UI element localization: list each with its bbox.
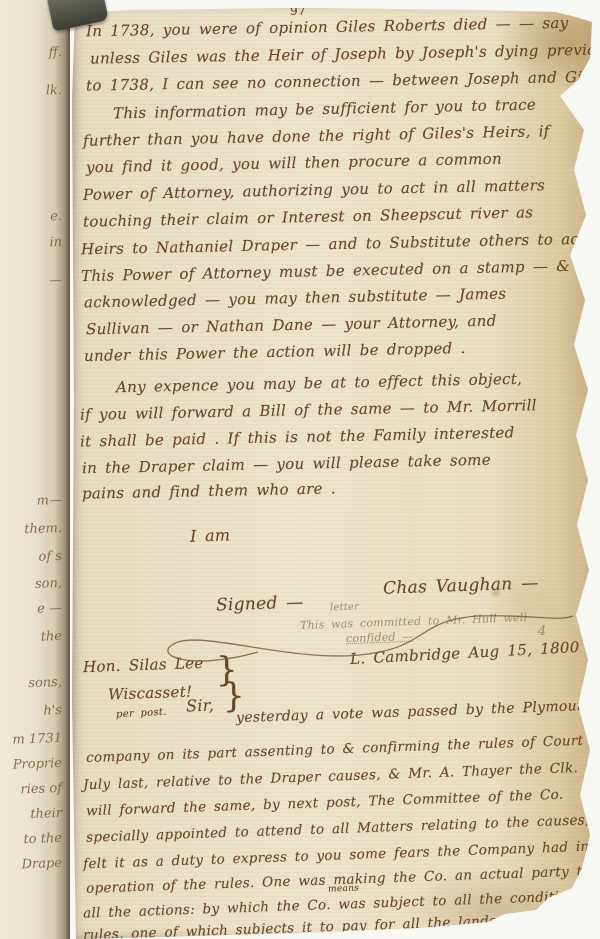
margin-fragment: e — <box>0 601 62 618</box>
pencil-note-line: This was committed to Mr. Hull well <box>300 611 528 632</box>
previous-page-edge: ff. lk. e. in — m— them. of s son, e — t… <box>0 0 70 939</box>
address-via: per post. <box>116 707 167 721</box>
margin-fragment: the <box>0 629 62 646</box>
manuscript-line: pains and find them who are . <box>82 479 336 502</box>
salutation: Sir, <box>186 696 215 716</box>
manuscript-line: Sullivan — or Nathan Dane — your Attorne… <box>86 312 497 339</box>
margin-fragment: m 1731 <box>0 731 62 748</box>
margin-fragment: them. <box>0 521 62 538</box>
margin-fragment: their <box>0 806 62 823</box>
manuscript-line: This Power of Attorney must be executed … <box>81 257 570 285</box>
pencil-note-line: letter <box>330 601 359 613</box>
manuscript-line: in the Draper claim — you will please ta… <box>82 451 491 478</box>
manuscript-line: In 1738, you were of opinion Giles Rober… <box>86 14 569 40</box>
pencil-note-line: confided — <box>346 630 414 645</box>
manuscript-line: under this Power the action will be drop… <box>84 339 466 365</box>
manuscript-line: This information may be sufficient for y… <box>113 96 536 123</box>
pencil-note-mark: 4 <box>538 624 546 639</box>
manuscript-line: to 1738, I can see no connection — betwe… <box>86 67 600 94</box>
address-name: Hon. Silas Lee <box>83 654 204 676</box>
address-place: Wiscasset! <box>108 683 193 704</box>
margin-fragment: ries of <box>0 781 62 798</box>
margin-fragment: son, <box>0 576 62 593</box>
margin-fragment: h's <box>0 703 62 720</box>
manuscript-line: will forward the same, by next post, The… <box>86 787 564 820</box>
manuscript-line: further than you have done the right of … <box>83 122 550 150</box>
interline-word: means <box>328 883 359 894</box>
manuscript-page: 3. 97 In 1738, you were of opinion Giles… <box>68 4 596 939</box>
manuscript-line: if you will forward a Bill of the same —… <box>80 396 537 424</box>
margin-fragment: e. <box>0 209 62 226</box>
manuscript-line: you find it good, you will then procure … <box>86 150 502 177</box>
page-number: 97 <box>290 4 306 18</box>
manuscript-line: it shall be paid . If this is not the Fa… <box>80 423 515 450</box>
signed-label: Signed — <box>216 592 304 615</box>
manuscript-scan: ff. lk. e. in — m— them. of s son, e — t… <box>0 0 600 939</box>
manuscript-line: Any expence you may be at to effect this… <box>116 370 522 397</box>
signature: Chas Vaughan — <box>383 573 539 598</box>
closing-line: I am <box>190 525 231 545</box>
margin-fragment: lk. <box>0 83 62 100</box>
margin-fragment: to the <box>0 831 62 848</box>
margin-fragment: Drape <box>0 856 62 873</box>
manuscript-line: unless Giles was the Heir of Joseph by J… <box>90 40 600 67</box>
margin-fragment: in <box>0 235 62 252</box>
margin-fragment: of s <box>0 549 62 566</box>
margin-fragment: Proprie <box>0 756 62 773</box>
manuscript-line: touching their claim or Interest on Shee… <box>83 203 534 230</box>
manuscript-line: yesterday a vote was passed by the Plymo… <box>236 698 593 726</box>
margin-fragment: sons, <box>0 675 62 692</box>
margin-fragment: — <box>0 273 62 290</box>
margin-fragment: ff. <box>0 45 62 62</box>
manuscript-line: Power of Attorney, authorizing you to ac… <box>83 176 545 204</box>
manuscript-line: acknowledged — you may then substitute —… <box>84 285 507 312</box>
catchword: Judgment <box>456 920 523 938</box>
manuscript-line: Heirs to Nathaniel Draper — and to Subst… <box>81 230 591 259</box>
margin-fragment: m— <box>0 493 62 510</box>
